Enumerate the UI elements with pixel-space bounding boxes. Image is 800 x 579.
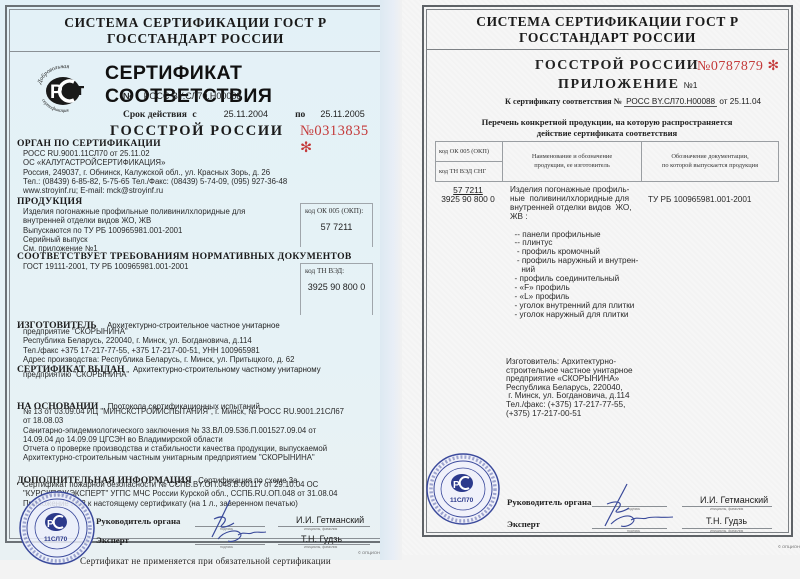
product-documentation: ТУ РБ 100965981.001-2001 (648, 195, 751, 204)
column-product-name: Наименование и обозначение продукции, ее… (503, 142, 642, 181)
column-documentation: Обозначение документации, по которой вып… (642, 142, 778, 181)
asterisk-mark-icon: ✻ (300, 140, 313, 156)
referenced-certificate-number: РОСС BY.СЛ70.Н00088 (624, 97, 717, 107)
valid-from: 25.11.2004 (224, 109, 268, 119)
valid-to: 25.11.2005 (320, 109, 364, 119)
manufacturer-details: Изготовитель: Архитектурно- строительное… (506, 358, 633, 418)
product-details: Изделия погонажные профильные поливинилх… (23, 207, 245, 253)
system-title: СИСТЕМА СЕРТИФИКАЦИИ ГОСТ Р (427, 14, 788, 30)
appendix-header: СИСТЕМА СЕРТИФИКАЦИИ ГОСТ Р ГОССТАНДАРТ … (427, 10, 788, 50)
head-name: И.И. Гетманский (700, 495, 768, 505)
compliance-standards: ГОСТ 19111-2001, ТУ РБ 100965981.001-200… (23, 262, 188, 271)
round-seal-stamp-icon: P 11СЛ70 (18, 490, 96, 566)
product-list-title: Перечень конкретной продукции, на котору… (457, 117, 757, 139)
column-okp: код ОК 005 (ОКП) (436, 142, 502, 162)
expert-role-label: Эксперт (507, 519, 540, 529)
print-mark: © ОПЦИОН (778, 544, 800, 549)
rst-voluntary-certification-logo-icon: Добровольная сертификация P (32, 60, 96, 116)
tnved-code: 3925 90 800 0 (301, 275, 372, 292)
handwritten-signature-icon (595, 482, 675, 534)
certificate-reference: К сертификату соответствия № РОСС BY.СЛ7… (505, 97, 761, 106)
cert-body-heading: ОРГАН ПО СЕРТИФИКАЦИИ (17, 138, 161, 149)
serial-number: №0787879 ✻ (697, 58, 780, 75)
svg-text:11СЛ70: 11СЛ70 (450, 497, 474, 504)
product-list: Изделия погонажные профиль- ные поливини… (510, 186, 638, 320)
issuer-title: ГОССТРОЙ РОССИИ (535, 58, 699, 74)
okp-code-box: код ОК 005 (ОКП): 57 7211 (300, 203, 373, 247)
expert-name: Т.Н. Гудзь (706, 516, 747, 526)
cert-body-details: РОСС RU.9001.11СЛ70 от 25.11.02 ОС «КАЛУ… (23, 149, 287, 195)
okp-code: 57 7211 (301, 215, 372, 232)
product-table-header: код ОК 005 (ОКП) код ТН ВЭД СНГ Наименов… (435, 141, 779, 182)
appendix-title: ПРИЛОЖЕНИЕ№1 (558, 77, 697, 93)
appendix-frame: СИСТЕМА СЕРТИФИКАЦИИ ГОСТ Р ГОССТАНДАРТ … (422, 5, 793, 537)
column-tnved: код ТН ВЭД СНГ (436, 162, 502, 182)
issued-to-details: предприятию "СКОРЫНИНА" (23, 370, 129, 379)
head-name: И.И. Гетманский (296, 515, 364, 525)
print-mark: © ОПЦИОН (358, 550, 380, 555)
product-heading: ПРОДУКЦИЯ (17, 196, 83, 207)
system-title: СИСТЕМА СЕРТИФИКАЦИИ ГОСТ Р (10, 15, 381, 31)
svg-text:11СЛ70: 11СЛ70 (44, 536, 68, 543)
certificate-title: СЕРТИФИКАТ СООТВЕТСТВИЯ (105, 62, 381, 108)
certificate-of-conformity: СИСТЕМА СЕРТИФИКАЦИИ ГОСТ Р ГОССТАНДАРТ … (0, 0, 390, 560)
validity-period: Срок действия с 25.11.2004 по 25.11.2005 (123, 109, 365, 120)
tnved-code: 3925 90 800 0 (438, 195, 498, 204)
certificate-header: СИСТЕМА СЕРТИФИКАЦИИ ГОСТ Р ГОССТАНДАРТ … (10, 10, 381, 52)
certificate-frame: СИСТЕМА СЕРТИФИКАЦИИ ГОСТ Р ГОССТАНДАРТ … (5, 5, 386, 543)
expert-name: Т.Н. Гудзь (301, 534, 342, 544)
expert-role-label: Эксперт (96, 535, 129, 545)
round-seal-stamp-icon: P 11СЛ70 (425, 452, 501, 526)
serial-number: №0313835 ✻ (300, 123, 381, 157)
agency-title: ГОССТАНДАРТ РОССИИ (10, 31, 381, 47)
certificate-number: № РОСС BY.СЛ70.Н00088 (123, 91, 241, 101)
basis-details: № 13 от 03.09.04 ИЦ "МИНСКСТРОЙИСПЫТАНИЯ… (23, 407, 344, 463)
product-codes: 57 7211 3925 90 800 0 (438, 186, 498, 204)
tnved-code-box: код ТН ВЭД: 3925 90 800 0 (300, 263, 373, 315)
handwritten-signature-icon (200, 495, 280, 550)
head-role-label: Руководитель органа (96, 516, 180, 526)
agency-title: ГОССТАНДАРТ РОССИИ (427, 30, 788, 46)
compliance-heading: СООТВЕТСТВУЕТ ТРЕБОВАНИЯМ НОРМАТИВНЫХ ДО… (17, 251, 352, 262)
certificate-appendix: СИСТЕМА СЕРТИФИКАЦИИ ГОСТ Р ГОССТАНДАРТ … (402, 0, 800, 555)
head-role-label: Руководитель органа (507, 497, 591, 507)
certificate-footnote: Сертификат не применяется при обязательн… (80, 556, 331, 566)
asterisk-mark-icon: ✻ (767, 59, 779, 74)
